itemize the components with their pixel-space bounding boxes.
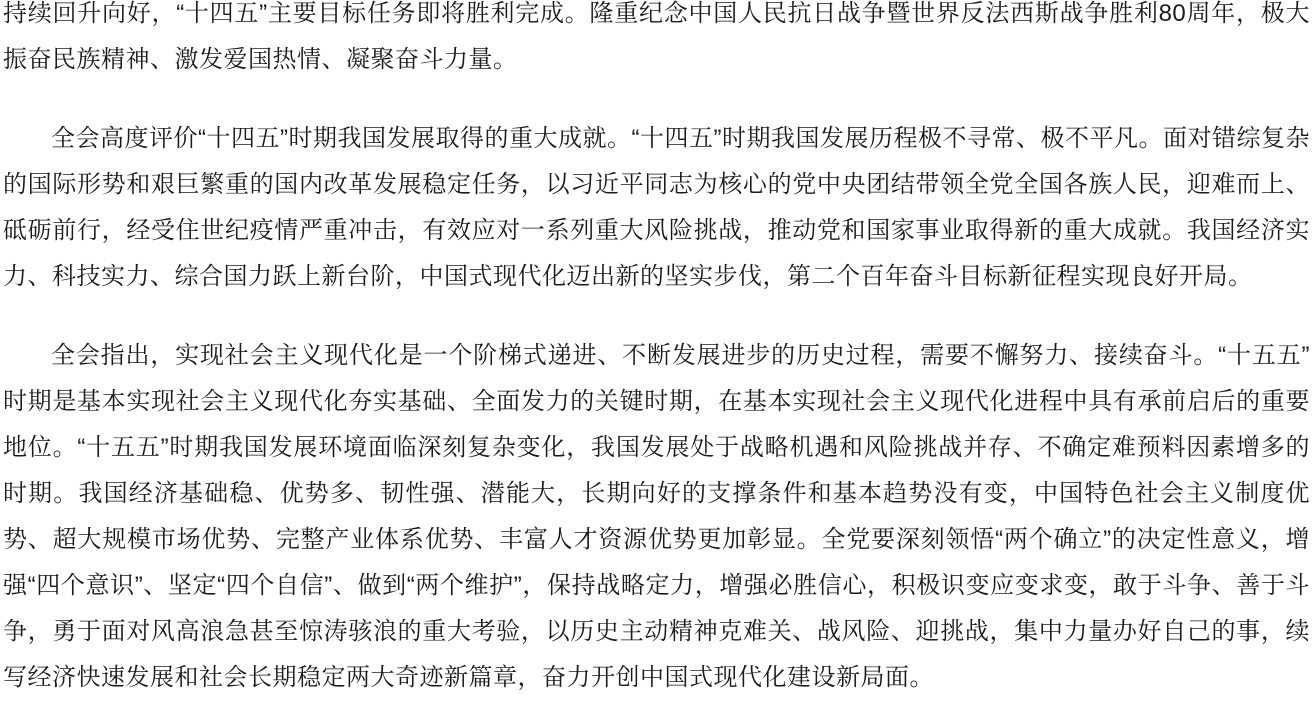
article-paragraph-outlook: 全会指出，实现社会主义现代化是一个阶梯式递进、不断发展进步的历史过程，需要不懈努… xyxy=(3,333,1310,701)
article-paragraph-achievements: 全会高度评价“十四五”时期我国发展取得的重大成就。“十四五”时期我国发展历程极不… xyxy=(3,116,1310,300)
article-body: 持续回升向好，“十四五”主要目标任务即将胜利完成。隆重纪念中国人民抗日战争暨世界… xyxy=(0,0,1314,701)
document-page: { "article": { "language": "zh-CN", "col… xyxy=(0,0,1314,720)
article-paragraph-continuation: 持续回升向好，“十四五”主要目标任务即将胜利完成。隆重纪念中国人民抗日战争暨世界… xyxy=(3,0,1310,83)
